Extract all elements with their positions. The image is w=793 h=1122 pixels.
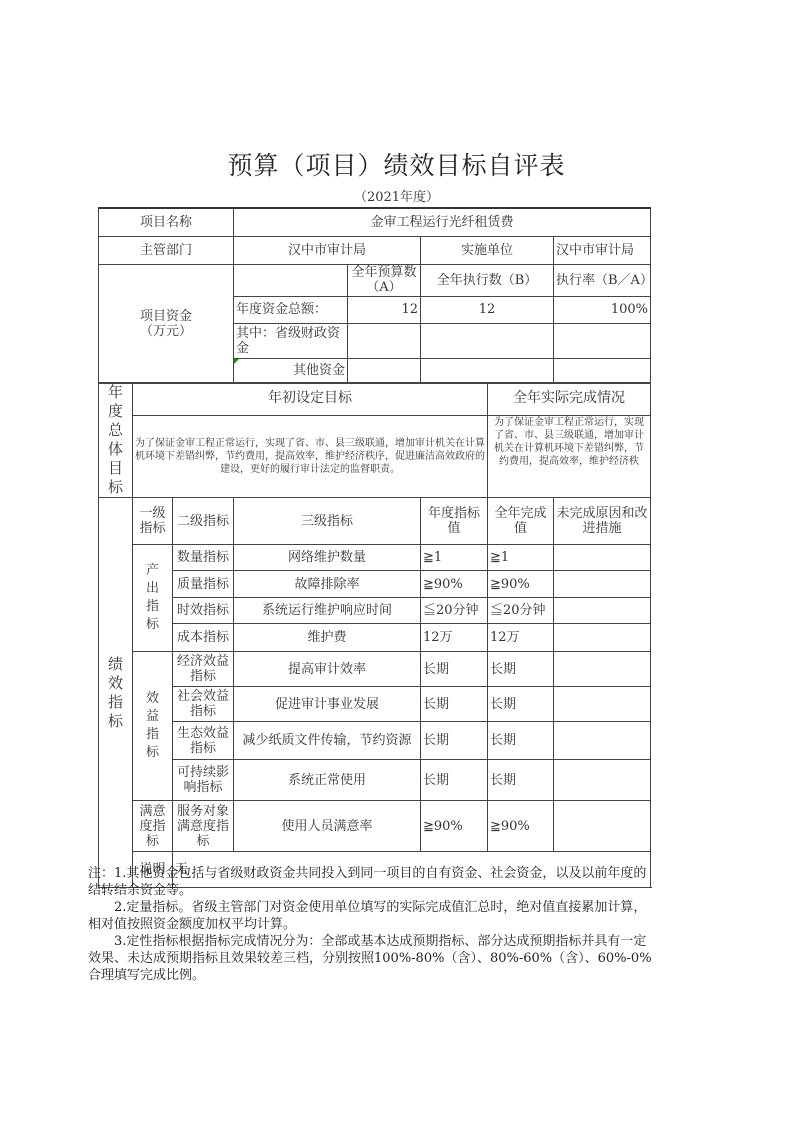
planned-goal-header: 年初设定目标 [133, 383, 488, 416]
level3-cell: 使用人员满意率 [234, 801, 421, 852]
fund-row-rate [554, 323, 651, 358]
performance-table: 年度总体目标 年初设定目标 全年实际完成情况 为了保证金审工程正常运行，实现了省… [98, 382, 651, 888]
target-cell: 长期 [421, 722, 488, 760]
fund-row-name: 其中：省级财政资金 [234, 323, 348, 358]
level3-cell: 网络维护数量 [234, 545, 421, 571]
indicators-section-label: 绩效指标 [99, 498, 133, 888]
basic-info-table: 项目名称 金审工程运行光纤租赁费 主管部门 汉中市审计局 实施单位 汉中市审计局… [98, 207, 651, 384]
level3-cell: 提高审计效率 [234, 652, 421, 687]
actual-cell: ≧90% [488, 801, 554, 852]
actual-cell: ≦20分钟 [488, 598, 554, 624]
level2-cell: 经济效益指标 [173, 652, 234, 687]
target-cell: 长期 [421, 687, 488, 722]
level3-cell: 系统正常使用 [234, 760, 421, 801]
level3-cell: 维护费 [234, 624, 421, 652]
level3-cell: 促进审计事业发展 [234, 687, 421, 722]
fund-row-exec [421, 358, 554, 383]
reason-cell [554, 545, 651, 571]
impl-unit-value: 汉中市审计局 [554, 236, 651, 264]
col-rate-header: 执行率（B／A） [554, 264, 651, 296]
level3-cell: 故障排除率 [234, 571, 421, 598]
actual-goal-text: 为了保证金审工程正常运行，实现了省、市、县三级联通，增加审计机关在计算机环境下差… [488, 415, 651, 497]
fund-row-name: 其他资金 [234, 358, 348, 383]
actual-cell: 12万 [488, 624, 554, 652]
level1-satisfaction: 满意度指标 [133, 801, 173, 852]
fund-row-budget [348, 323, 421, 358]
target-cell: ≧1 [421, 545, 488, 571]
target-cell: 长期 [421, 652, 488, 687]
project-name-label: 项目名称 [99, 208, 234, 236]
funds-label-line2: （万元） [101, 324, 231, 339]
footnotes: 注：1.其他资金包括与省级财政资金共同投入到同一项目的自有资金、社会资金，以及以… [88, 865, 658, 984]
target-cell: 长期 [421, 760, 488, 801]
level2-cell: 数量指标 [173, 545, 234, 571]
level3-cell: 系统运行维护响应时间 [234, 598, 421, 624]
actual-cell: ≧90% [488, 571, 554, 598]
fund-row-rate: 100% [554, 296, 651, 323]
level2-cell: 成本指标 [173, 624, 234, 652]
level1-benefit: 效益指标 [133, 652, 173, 801]
fiscal-year: （2021年度） [0, 186, 793, 205]
header-reason: 未完成原因和改进措施 [554, 498, 651, 545]
level3-cell: 减少纸质文件传输，节约资源 [234, 722, 421, 760]
target-cell: ≦20分钟 [421, 598, 488, 624]
reason-cell [554, 722, 651, 760]
dept-label: 主管部门 [99, 236, 234, 264]
reason-cell [554, 624, 651, 652]
level2-cell: 可持续影响指标 [173, 760, 234, 801]
actual-goal-header: 全年实际完成情况 [488, 383, 651, 416]
reason-cell [554, 571, 651, 598]
col-exec-header: 全年执行数（B） [421, 264, 554, 296]
reason-cell [554, 598, 651, 624]
level2-cell: 时效指标 [173, 598, 234, 624]
actual-cell: 长期 [488, 652, 554, 687]
fund-row-exec [421, 323, 554, 358]
level2-cell: 社会效益指标 [173, 687, 234, 722]
page-title: 预算（项目）绩效目标自评表 [0, 146, 793, 182]
note-3: 3.定性指标根据指标完成情况分为：全部或基本达成预期指标、部分达成预期指标并具有… [88, 933, 658, 984]
header-target: 年度指标值 [421, 498, 488, 545]
header-level3: 三级指标 [234, 498, 421, 545]
col-budget-header: 全年预算数（A） [348, 264, 421, 296]
actual-cell: ≧1 [488, 545, 554, 571]
target-cell: ≧90% [421, 801, 488, 852]
reason-cell [554, 687, 651, 722]
impl-unit-label: 实施单位 [421, 236, 554, 264]
fund-row-budget: 12 [348, 296, 421, 323]
level1-output: 产出指标 [133, 545, 173, 652]
fund-row-rate [554, 358, 651, 383]
funds-header-blank [234, 264, 348, 296]
project-name-value: 金审工程运行光纤租赁费 [234, 208, 651, 236]
header-level2: 二级指标 [173, 498, 234, 545]
actual-cell: 长期 [488, 722, 554, 760]
reason-cell [554, 652, 651, 687]
fund-row-exec: 12 [421, 296, 554, 323]
fund-row-name: 年度资金总额： [234, 296, 348, 323]
actual-goal-text-content: 为了保证金审工程正常运行，实现了省、市、县三级联通，增加审计机关在计算机环境下差… [490, 416, 648, 468]
note-2: 2.定量指标。省级主管部门对资金使用单位填写的实际完成值汇总时，绝对值直接累加计… [88, 899, 658, 933]
funds-label: 项目资金 （万元） [99, 264, 234, 383]
actual-cell: 长期 [488, 760, 554, 801]
reason-cell [554, 760, 651, 801]
actual-cell: 长期 [488, 687, 554, 722]
reason-cell [554, 801, 651, 852]
dept-value: 汉中市审计局 [234, 236, 421, 264]
level2-cell: 服务对象满意度指标 [173, 801, 234, 852]
fund-row-budget [348, 358, 421, 383]
level2-cell: 生态效益指标 [173, 722, 234, 760]
funds-label-line1: 项目资金 [101, 309, 231, 324]
level2-cell: 质量指标 [173, 571, 234, 598]
target-cell: ≧90% [421, 571, 488, 598]
header-level1: 一级指标 [133, 498, 173, 545]
goals-label: 年度总体目标 [99, 383, 133, 498]
target-cell: 12万 [421, 624, 488, 652]
note-1: 注：1.其他资金包括与省级财政资金共同投入到同一项目的自有资金、社会资金，以及以… [88, 865, 658, 899]
planned-goal-text: 为了保证金审工程正常运行，实现了省、市、县三级联通，增加审计机关在计算机环境下差… [133, 415, 488, 497]
header-actual: 全年完成值 [488, 498, 554, 545]
